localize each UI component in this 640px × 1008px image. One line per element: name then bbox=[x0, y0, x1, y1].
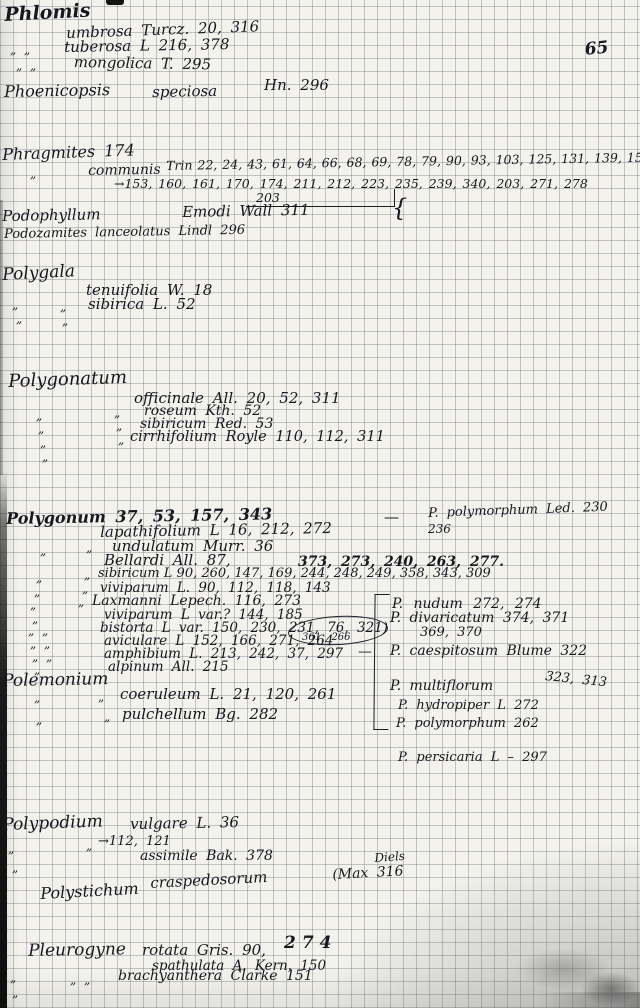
hw-line-polygonatum-cirrhifolium: cirrhifolium Royle 110, 112, 311 bbox=[130, 430, 385, 445]
hw-line-phlomis-mongolica: mongolica T. 295 bbox=[74, 55, 211, 73]
hw-line-ditto-mark: „ bbox=[98, 691, 104, 704]
hw-line-ditto-mark: „ bbox=[40, 545, 46, 558]
hw-line-ditto-mark: „ bbox=[84, 569, 90, 582]
hw-line-polemonium-pulchellum: pulchellum Bg. 282 bbox=[122, 707, 278, 723]
hw-line-polystichum-author: Diels bbox=[374, 850, 405, 865]
hw-line-polygonum-polymorphum-led-2: 236 bbox=[428, 523, 451, 536]
hw-line-ditto-mark: „ bbox=[36, 572, 42, 585]
hw-line-pleurogyne-rotata-2: 274 bbox=[284, 935, 338, 953]
hw-line-polypodium-genus: Polypodium bbox=[2, 813, 103, 834]
hw-line-polemonium-coeruleum: coeruleum L. 21, 120, 261 bbox=[120, 687, 336, 703]
hw-line-podophyllum-emodi: Emodi Wall 311 bbox=[182, 203, 310, 221]
hw-line-phoenicopsis-genus: Phoenicopsis bbox=[4, 82, 110, 101]
hw-line-ditto-mark: „ „ bbox=[28, 625, 48, 638]
hw-line-dash-mark: — bbox=[384, 510, 399, 526]
hw-line-ditto-mark: „ bbox=[36, 410, 42, 423]
hw-line-ditto-mark: „ bbox=[36, 714, 42, 727]
hw-line-polygonum-divaricatum-2: 369, 370 bbox=[420, 626, 482, 640]
hw-line-ditto-mark: „ bbox=[12, 299, 18, 312]
hw-line-phoenicopsis-speciosa: speciosa bbox=[152, 84, 217, 101]
hw-line-pleurogyne-brachyanthera: brachyanthera Clarke 151 bbox=[118, 969, 313, 984]
hw-line-ditto-mark: „ bbox=[34, 586, 40, 599]
hw-line-ditto-mark: „ „ bbox=[30, 638, 50, 651]
hw-line-phragmites-refs-2: →153, 160, 161, 170, 174, 211, 212, 223,… bbox=[114, 177, 588, 190]
hw-line-polygonum-caespitosum: P. caespitosum Blume 322 bbox=[390, 644, 587, 659]
hw-line-ditto-mark: „ bbox=[60, 301, 66, 314]
hw-line-polygala-sibirica: sibirica L. 52 bbox=[88, 297, 196, 313]
hw-line-ditto-mark: „ bbox=[30, 599, 36, 612]
hw-line-brace-glyph: { bbox=[392, 196, 407, 221]
hw-line-polypodium-vulgare: vulgare L. 36 bbox=[130, 815, 239, 833]
hw-line-ditto-mark: „ bbox=[86, 840, 92, 853]
hw-line-polygonum-hydropiper: P. hydropiper L 272 bbox=[398, 699, 539, 713]
hw-line-ditto-mark: „ bbox=[12, 987, 18, 1000]
hw-line-phoenicopsis-ref: Hn. 296 bbox=[264, 78, 329, 94]
hw-line-ditto-mark: „ bbox=[30, 168, 36, 181]
hw-line-ditto-mark: „ bbox=[10, 972, 16, 985]
hw-line-polygonum-alpinum: alpinum All. 215 bbox=[108, 660, 229, 674]
hw-line-ditto-mark: „ bbox=[12, 862, 18, 875]
hw-line-polypodium-assimile: assimile Bak. 378 bbox=[140, 849, 273, 864]
hw-line-polemonium-genus: Polemonium bbox=[2, 671, 109, 691]
hw-line-polygonum-multiflorum: P. multiflorum bbox=[390, 679, 493, 694]
hw-line-ditto-mark: „ „ bbox=[70, 974, 90, 987]
hw-line-dash-mark: — bbox=[358, 645, 372, 660]
hw-line-ditto-mark: „ bbox=[8, 843, 14, 856]
scan-left-edge-strip bbox=[0, 470, 7, 1008]
hw-line-polygonum-polymorphum: P. polymorphum 262 bbox=[396, 717, 539, 731]
hw-line-ditto-mark: „ bbox=[86, 542, 92, 555]
hw-line-ditto-mark: „ bbox=[62, 315, 68, 328]
hw-line-polygonum-persicaria: P. persicaria L – 297 bbox=[398, 751, 547, 765]
hw-line-ditto-mark: „ bbox=[38, 423, 44, 436]
ink-brace-right-column bbox=[373, 594, 389, 730]
hw-line-ditto-mark: „ bbox=[118, 434, 124, 447]
scan-left-edge-faint bbox=[0, 200, 3, 475]
hw-line-polygonum-sibiricum: sibiricum L 90, 260, 147, 169, 244, 248,… bbox=[98, 567, 491, 581]
hw-line-ditto-mark: „ bbox=[42, 451, 48, 464]
hw-line-ditto-mark: „ bbox=[40, 437, 46, 450]
scanned-manuscript-page: 65 Phlomisumbrosa Turcz. 20, 316„ „tuber… bbox=[0, 0, 640, 1008]
scan-corner-blotch bbox=[540, 992, 640, 1008]
hw-line-pleurogyne-genus: Pleurogyne bbox=[28, 941, 126, 961]
hw-line-ditto-mark: „ „ bbox=[10, 44, 30, 57]
scan-top-edge-mark bbox=[106, 0, 124, 5]
hw-line-pleurogyne-rotata: rotata Gris. 90, bbox=[142, 943, 266, 959]
hw-line-polypodium-vulgare-2: →112, 121 bbox=[98, 835, 171, 849]
hw-line-polygonum-divaricatum: P. divaricatum 374, 371 bbox=[390, 611, 569, 626]
hw-line-ditto-mark: „ bbox=[116, 420, 122, 433]
hw-line-ditto-mark: „ „ bbox=[16, 60, 36, 73]
hw-line-ditto-mark: „ bbox=[114, 407, 120, 420]
hw-line-podophyllum-genus: Podophyllum bbox=[2, 207, 101, 224]
hw-line-ditto-mark: „ bbox=[82, 583, 88, 596]
hw-line-ditto-mark: „ bbox=[34, 692, 40, 705]
page-number: 65 bbox=[584, 40, 609, 60]
hw-line-ditto-mark: „ bbox=[104, 711, 110, 724]
hw-line-polygala-genus: Polygala bbox=[2, 263, 75, 285]
hw-line-ditto-mark: „ bbox=[16, 313, 22, 326]
hw-line-polygonatum-genus: Polygonatum bbox=[8, 369, 127, 392]
hw-line-ditto-mark: „ bbox=[78, 596, 84, 609]
hw-line-ditto-mark: „ „ bbox=[32, 651, 52, 664]
